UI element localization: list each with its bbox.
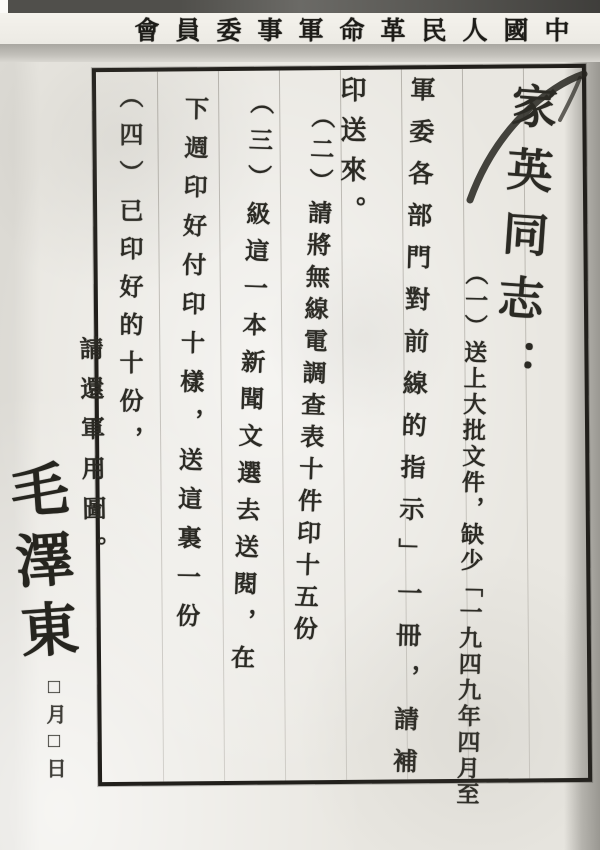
signature: 毛澤東 xyxy=(3,458,76,672)
handwriting-column: 請還軍用圖。 xyxy=(76,336,104,576)
handwriting-column: 印送來。 xyxy=(338,76,364,236)
date-text: □月□日 xyxy=(44,676,64,784)
column-rule xyxy=(279,71,286,781)
scanned-letter-page: 會員委事軍命革民人國中 家英同志： （一）送上大批文件，缺少「一九四九年四月至 … xyxy=(0,0,600,850)
letterhead-title: 會員委事軍命革民人國中 xyxy=(134,11,585,47)
letterhead-strip: 會員委事軍命革民人國中 xyxy=(0,13,600,44)
column-rule xyxy=(157,72,164,782)
letterhead-underline-band xyxy=(0,44,600,62)
column-rule xyxy=(218,71,225,781)
handwriting-column: （四）已印好的十份， xyxy=(116,84,140,464)
letter-body-paper: 家英同志： （一）送上大批文件，缺少「一九四九年四月至 軍委各部門對前線的指示」… xyxy=(0,62,600,850)
